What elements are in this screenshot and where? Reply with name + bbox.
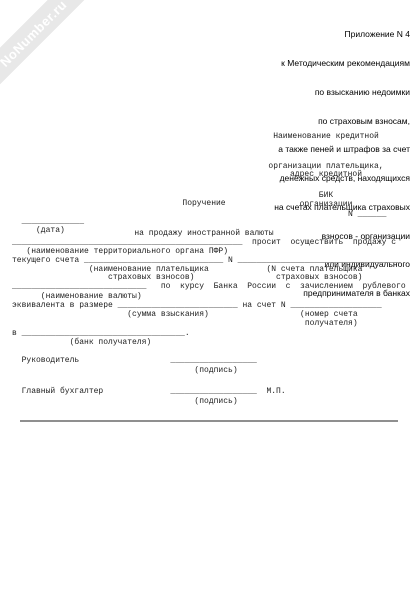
document-title-line1: Поручение (12, 199, 396, 209)
date-blank-line: _____________ (12, 217, 84, 226)
watermark-band: NoNumber.ru (0, 0, 102, 102)
credit-org-line: Наименование кредитной (240, 132, 412, 142)
current-account-line: текущего счета _________________________… (12, 256, 401, 265)
chief-accountant-signature-caption: (подпись) (12, 397, 238, 406)
chief-accountant-line: Главный бухгалтер __________________ М.П… (12, 387, 286, 396)
recipient-caption: получателя) (12, 319, 358, 328)
payer-caption-line2: страховых взносов) страховых взносов) (12, 273, 362, 282)
header-note-line: по взысканию недоимки (274, 88, 410, 98)
head-signature-caption: (подпись) (12, 366, 238, 375)
equivalent-amount-line: эквивалента в размере __________________… (12, 301, 382, 310)
date-caption: (дата) (12, 226, 65, 235)
recipient-bank-caption: (банк получателя) (12, 338, 151, 347)
request-line: ________________________________________… (12, 238, 396, 247)
sum-and-account-caption: (сумма взыскания) (номер счета (12, 310, 358, 319)
watermark-text: NoNumber.ru (0, 0, 69, 69)
head-signature-line: Руководитель __________________ (12, 356, 257, 365)
currency-rate-line: ____________________________ по курсу Ба… (12, 282, 406, 291)
bottom-divider (20, 420, 398, 422)
currency-name-caption: (наименование валюты) (12, 292, 142, 301)
pfr-org-caption: (наименование территориального органа ПФ… (12, 247, 228, 256)
header-note-line: к Методическим рекомендациям (274, 59, 410, 69)
document-title-line2: на продажу иностранной валюты (12, 229, 396, 239)
document-page: NoNumber.ru Приложение N 4 к Методически… (0, 0, 420, 600)
header-note-line: Приложение N 4 (274, 30, 410, 40)
recipient-bank-line: в __________________________________. (12, 329, 190, 338)
